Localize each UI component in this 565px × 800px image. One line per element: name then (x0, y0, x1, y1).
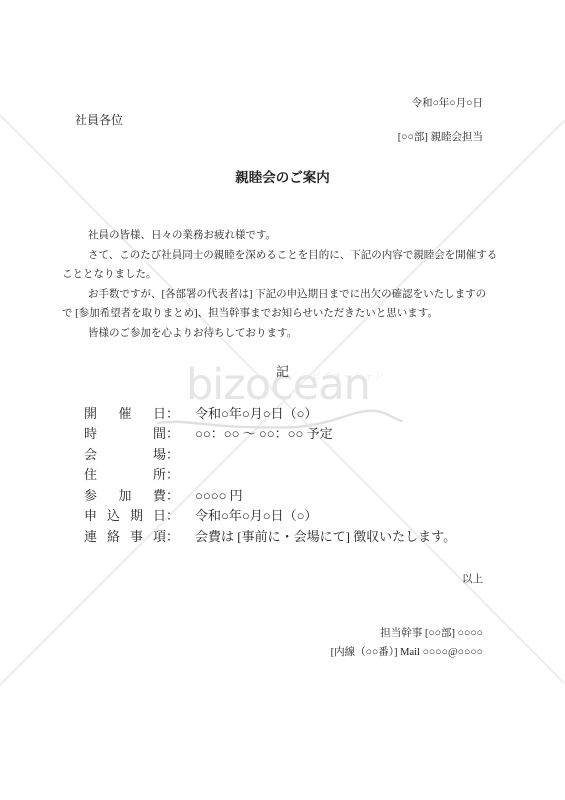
document-date: 令和○年○月○日 (0, 95, 483, 110)
details-list: 開催日：令和○年○月○日（○） 時間：○○：○○ ～ ○○：○○ 予定 会場： … (84, 402, 456, 546)
document-title: 親睦会のご案内 (0, 166, 565, 186)
body-line: で [参加希望者を取りまとめ]、担当幹事までお知らせいただきたいと思います。 (62, 304, 492, 324)
detail-colon: ： (166, 444, 179, 463)
recipient-line: 社員各位 (75, 111, 123, 128)
detail-colon: ： (166, 505, 179, 524)
body-line: お手数ですが、[各部署の代表者は] 下記の申込期日までに出欠の確認をいたしますの (62, 285, 492, 305)
body-line: さて、このたび社員同士の親睦を深めることを目的に、下記の内容で親睦会を開催する (62, 246, 492, 266)
body-line: 皆様のご参加を心よりお待ちしております。 (62, 324, 492, 344)
detail-value: ○○○○ 円 (195, 485, 243, 504)
detail-label: 開催日 (84, 403, 166, 422)
detail-row-fee: 参加費：○○○○ 円 (84, 484, 456, 505)
signature-line-organizer: 担当幹事 [○○部] ○○○○ (0, 625, 483, 644)
detail-value: ○○：○○ ～ ○○：○○ 予定 (195, 423, 333, 442)
body-text: 社員の皆様、日々の業務お疲れ様です。 さて、このたび社員同士の親睦を深めることを… (62, 226, 492, 343)
detail-label: 参加費 (84, 485, 166, 504)
detail-row-time: 時間：○○：○○ ～ ○○：○○ 予定 (84, 423, 456, 444)
detail-label: 時間 (84, 423, 166, 442)
detail-row-venue: 会場： (84, 443, 456, 464)
document-page: ビズオーシャン bizocean 令和○年○月○日 社員各位 [○○部] 親睦会… (0, 0, 565, 800)
detail-colon: ： (166, 403, 179, 422)
detail-colon: ： (166, 464, 179, 483)
notation-heading: 記 (0, 361, 565, 380)
detail-colon: ： (166, 526, 179, 545)
detail-row-address: 住所： (84, 464, 456, 485)
detail-row-date: 開催日：令和○年○月○日（○） (84, 402, 456, 423)
detail-value: 会費は [事前に・会場にて] 徴収いたします。 (195, 526, 456, 545)
signature-line-contact: [内線（○○番）] Mail ○○○○@○○○○ (0, 644, 483, 663)
detail-label: 連絡事項 (84, 526, 166, 545)
signature-block: 担当幹事 [○○部] ○○○○ [内線（○○番）] Mail ○○○○@○○○○ (0, 625, 483, 662)
sender-line: [○○部] 親睦会担当 (0, 129, 483, 144)
closing-ijo: 以上 (0, 571, 483, 586)
detail-label: 住所 (84, 464, 166, 483)
detail-label: 会場 (84, 444, 166, 463)
detail-row-deadline: 申込期日：令和○年○月○日（○） (84, 505, 456, 526)
detail-value: 令和○年○月○日（○） (195, 403, 317, 422)
detail-colon: ： (166, 485, 179, 504)
detail-value: 令和○年○月○日（○） (195, 505, 317, 524)
detail-label: 申込期日 (84, 505, 166, 524)
body-line: こととなりました。 (62, 265, 492, 285)
detail-colon: ： (166, 423, 179, 442)
body-line: 社員の皆様、日々の業務お疲れ様です。 (62, 226, 492, 246)
detail-row-notes: 連絡事項：会費は [事前に・会場にて] 徴収いたします。 (84, 525, 456, 546)
